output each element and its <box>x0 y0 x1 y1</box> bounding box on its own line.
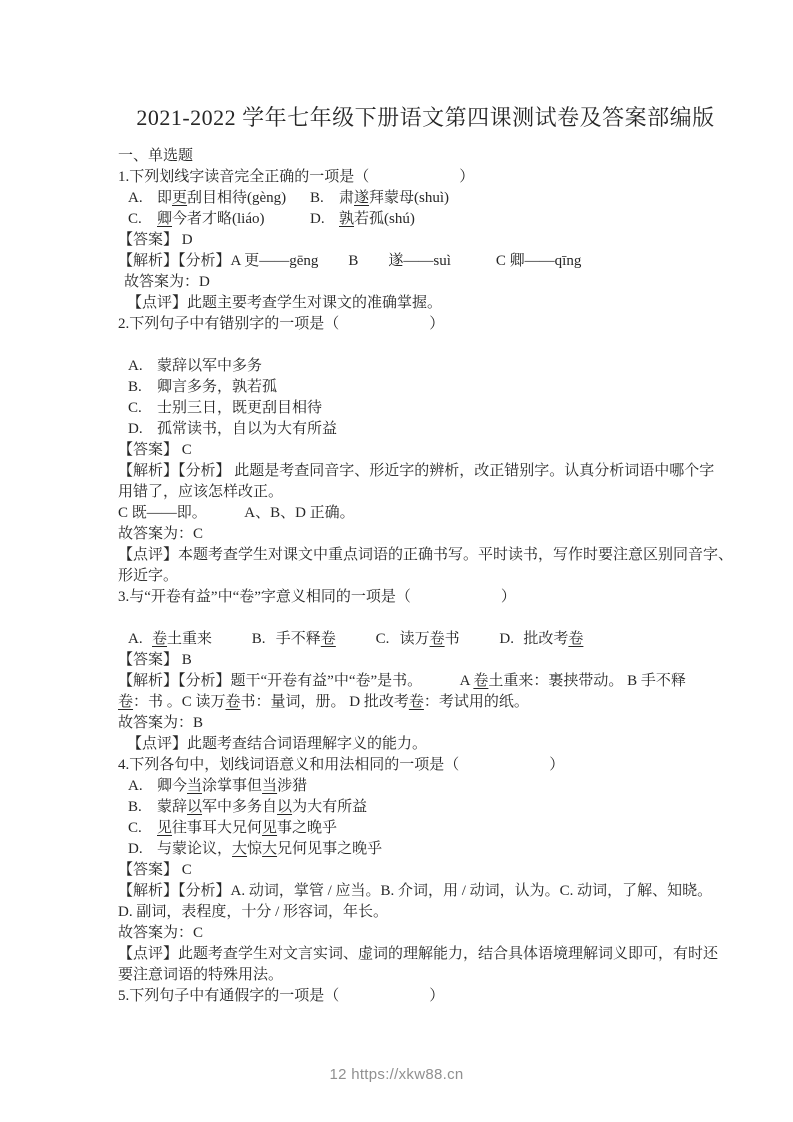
option-label: D. <box>128 419 157 440</box>
q2-analysis-line-1: 【解析】【分析】 此题是考查同音字、形近字的辨析，改正错别字。认真分析词语中哪个… <box>118 461 733 482</box>
text-segment: 【解析】【分析】题干“开卷有益”中“卷”是书。 A <box>118 673 473 689</box>
option-label: B. <box>128 797 157 818</box>
underlined-char: 更 <box>172 190 187 206</box>
q2-answer: 【答案】 C <box>118 440 733 461</box>
q4-analysis-line-1: 【解析】【分析】A. 动词，掌管 / 应当。B. 介词，用 / 动词，认为。C.… <box>118 881 733 902</box>
option-label: A. <box>128 776 157 797</box>
option-text: 即更刮目相待(gèng) <box>157 190 286 206</box>
q2-option-c: C.士别三日，既更刮目相待 <box>118 398 733 419</box>
underlined-char: 以 <box>277 799 292 815</box>
option-text: 卿言多务，孰若孤 <box>157 379 277 395</box>
text-segment: 若孤(shú) <box>354 211 415 227</box>
underlined-char: 见 <box>262 820 277 836</box>
q1-conclusion: 故答案为：D <box>118 272 733 293</box>
q3-answer: 【答案】 B <box>118 650 733 671</box>
option-label: A. <box>128 188 157 209</box>
question-2: 2.下列句子中有错别字的一项是（ ） A.蒙辞以军中多务 B.卿言多务，孰若孤 … <box>118 314 733 587</box>
option-text: 卿今当涂掌事但当涉猎 <box>157 778 307 794</box>
option-text: 见往事耳大兄何见事之晚乎 <box>157 820 337 836</box>
option-label: A. <box>128 356 157 377</box>
q4-comment-line-1: 【点评】此题考查学生对文言实词、虚词的理解能力，结合具体语境理解词义即可，有时还 <box>118 944 733 965</box>
question-4: 4.下列各句中，划线词语意义和用法相同的一项是（ ） A.卿今当涂掌事但当涉猎 … <box>118 755 733 986</box>
blank-line <box>118 335 733 356</box>
option-label: A. <box>128 629 152 650</box>
text-segment: 兄何见事之晚乎 <box>277 841 382 857</box>
q1-options: A.即更刮目相待(gèng) B.肃遂拜蒙母(shuì) C.卿今者才略(liá… <box>118 188 733 230</box>
q3-analysis-line-1: 【解析】【分析】题干“开卷有益”中“卷”是书。 A 卷土重来：裹挟带动。 B 手… <box>118 671 733 692</box>
text-segment: 为大有所益 <box>292 799 367 815</box>
text-segment: 卿今 <box>157 778 187 794</box>
option-text: 孰若孤(shú) <box>339 211 415 227</box>
q1-stem: 1.下列划线字读音完全正确的一项是（ ） <box>118 167 733 188</box>
q2-conclusion: 故答案为：C <box>118 524 733 545</box>
q2-analysis-line-2: 用错了，应该怎样改正。 <box>118 482 733 503</box>
text-segment: ：书 。C 读万 <box>133 694 226 710</box>
underlined-char: 以 <box>187 799 202 815</box>
underlined-char: 大 <box>232 841 247 857</box>
question-5: 5.下列句子中有通假字的一项是（ ） <box>118 986 733 1007</box>
q4-option-a: A.卿今当涂掌事但当涉猎 <box>118 776 733 797</box>
q3-stem: 3.与“开卷有益”中“卷”字意义相同的一项是（ ） <box>118 587 733 608</box>
underlined-char: 卷 <box>409 694 424 710</box>
option-text: 卿今者才略(liáo) <box>157 211 265 227</box>
option-label: C. <box>376 629 400 650</box>
text-segment: 书 <box>445 631 460 647</box>
text-segment: 肃 <box>339 190 354 206</box>
q1-answer: 【答案】 D <box>118 230 733 251</box>
q2-option-a: A.蒙辞以军中多务 <box>118 356 733 377</box>
q1-option-c: C.卿今者才略(liáo) <box>128 209 310 230</box>
q2-comment-line-2: 形近字。 <box>118 566 733 587</box>
q5-stem: 5.下列句子中有通假字的一项是（ ） <box>118 986 733 1007</box>
text-segment: 涉猎 <box>277 778 307 794</box>
underlined-char: 遂 <box>354 190 369 206</box>
q2-correction: C 既——即。 A、B、D 正确。 <box>118 503 733 524</box>
question-1: 1.下列划线字读音完全正确的一项是（ ） A.即更刮目相待(gèng) B.肃遂… <box>118 167 733 314</box>
q4-option-b: B.蒙辞以军中多务自以为大有所益 <box>118 797 733 818</box>
option-text: 手不释卷 <box>276 631 336 647</box>
q1-option-a: A.即更刮目相待(gèng) <box>128 188 310 209</box>
underlined-char: 当 <box>262 778 277 794</box>
section-heading: 一、单选题 <box>118 146 733 167</box>
text-segment: 事之晚乎 <box>277 820 337 836</box>
text-segment: 惊 <box>247 841 262 857</box>
underlined-char: 孰 <box>339 211 354 227</box>
underlined-char: 大 <box>262 841 277 857</box>
footer-watermark: 12 https://xkw88.cn <box>0 1066 793 1083</box>
q3-conclusion: 故答案为：B <box>118 713 733 734</box>
underlined-char: 当 <box>187 778 202 794</box>
underlined-char: 卷 <box>152 631 167 647</box>
blank-line <box>118 608 733 629</box>
q2-option-d: D.孤常读书，自以为大有所益 <box>118 419 733 440</box>
option-label: B. <box>128 377 157 398</box>
q3-options: A.卷土重来 B.手不释卷 C.读万卷书 D.批改考卷 <box>118 629 733 650</box>
q3-analysis-line-2: 卷：书 。C 读万卷书：量词，册。 D 批改考卷：考试用的纸。 <box>118 692 733 713</box>
option-label: D. <box>128 839 157 860</box>
document-page: 2021-2022 学年七年级下册语文第四课测试卷及答案部编版 一、单选题 1.… <box>0 0 793 1122</box>
underlined-char: 卷 <box>321 631 336 647</box>
q4-analysis-line-2: D. 副词，表程度，十分 / 形容词，年长。 <box>118 902 733 923</box>
q2-comment-line-1: 【点评】本题考查学生对课文中重点词语的正确书写。平时读书，写作时要注意区别同音字… <box>118 545 733 566</box>
option-text: 蒙辞以军中多务自以为大有所益 <box>157 799 367 815</box>
q4-conclusion: 故答案为：C <box>118 923 733 944</box>
text-segment: 蒙辞 <box>157 799 187 815</box>
text-segment: 今者才略(liáo) <box>172 211 264 227</box>
text-segment: 书：量词，册。 D 批改考 <box>241 694 409 710</box>
q1-option-d: D.孰若孤(shú) <box>310 209 733 230</box>
text-segment: 拜蒙母(shuì) <box>369 190 449 206</box>
text-segment: 即 <box>157 190 172 206</box>
option-text: 肃遂拜蒙母(shuì) <box>339 190 449 206</box>
text-segment: 涂掌事但 <box>202 778 262 794</box>
option-text: 读万卷书 <box>400 631 460 647</box>
underlined-char: 卿 <box>157 211 172 227</box>
option-label: B. <box>310 188 339 209</box>
q3-option-b: B.手不释卷 <box>252 629 336 650</box>
q4-stem: 4.下列各句中，划线词语意义和用法相同的一项是（ ） <box>118 755 733 776</box>
underlined-char: 卷 <box>118 694 133 710</box>
option-label: D. <box>499 629 523 650</box>
document-title: 2021-2022 学年七年级下册语文第四课测试卷及答案部编版 <box>118 101 733 135</box>
option-label: C. <box>128 398 157 419</box>
text-segment: 读万 <box>400 631 430 647</box>
option-label: C. <box>128 818 157 839</box>
q4-option-c: C.见往事耳大兄何见事之晚乎 <box>118 818 733 839</box>
question-3: 3.与“开卷有益”中“卷”字意义相同的一项是（ ） A.卷土重来 B.手不释卷 … <box>118 587 733 755</box>
text-segment: 往事耳大兄何 <box>172 820 262 836</box>
option-text: 批改考卷 <box>523 631 583 647</box>
underlined-char: 见 <box>157 820 172 836</box>
underlined-char: 卷 <box>473 673 488 689</box>
text-segment: 土重来：裹挟带动。 B 手不释 <box>488 673 686 689</box>
q3-option-d: D.批改考卷 <box>499 629 583 650</box>
q4-answer: 【答案】 C <box>118 860 733 881</box>
text-segment: ：考试用的纸。 <box>424 694 529 710</box>
underlined-char: 卷 <box>430 631 445 647</box>
text-segment: 土重来 <box>167 631 212 647</box>
q1-option-b: B.肃遂拜蒙母(shuì) <box>310 188 733 209</box>
q1-analysis: 【解析】【分析】A 更——gēng B 遂——suì C 卿——qīng <box>118 251 733 272</box>
text-segment: 批改考 <box>523 631 568 647</box>
q3-comment: 【点评】此题考查结合词语理解字义的能力。 <box>118 734 733 755</box>
underlined-char: 卷 <box>226 694 241 710</box>
option-text: 与蒙论议，大惊大兄何见事之晚乎 <box>157 841 382 857</box>
option-text: 卷土重来 <box>152 631 212 647</box>
text-segment: 刮目相待(gèng) <box>187 190 286 206</box>
text-segment: 军中多务自 <box>202 799 277 815</box>
option-label: C. <box>128 209 157 230</box>
option-text: 蒙辞以军中多务 <box>157 358 262 374</box>
option-label: B. <box>252 629 276 650</box>
text-segment: 与蒙论议， <box>157 841 232 857</box>
q3-option-c: C.读万卷书 <box>376 629 460 650</box>
q3-option-a: A.卷土重来 <box>128 629 212 650</box>
q2-stem: 2.下列句子中有错别字的一项是（ ） <box>118 314 733 335</box>
q1-comment: 【点评】此题主要考查学生对课文的准确掌握。 <box>118 293 733 314</box>
text-segment: 手不释 <box>276 631 321 647</box>
q2-option-b: B.卿言多务，孰若孤 <box>118 377 733 398</box>
option-text: 孤常读书，自以为大有所益 <box>157 421 337 437</box>
q4-option-d: D.与蒙论议，大惊大兄何见事之晚乎 <box>118 839 733 860</box>
option-text: 士别三日，既更刮目相待 <box>157 400 322 416</box>
q4-comment-line-2: 要注意词语的特殊用法。 <box>118 965 733 986</box>
underlined-char: 卷 <box>568 631 583 647</box>
option-label: D. <box>310 209 339 230</box>
